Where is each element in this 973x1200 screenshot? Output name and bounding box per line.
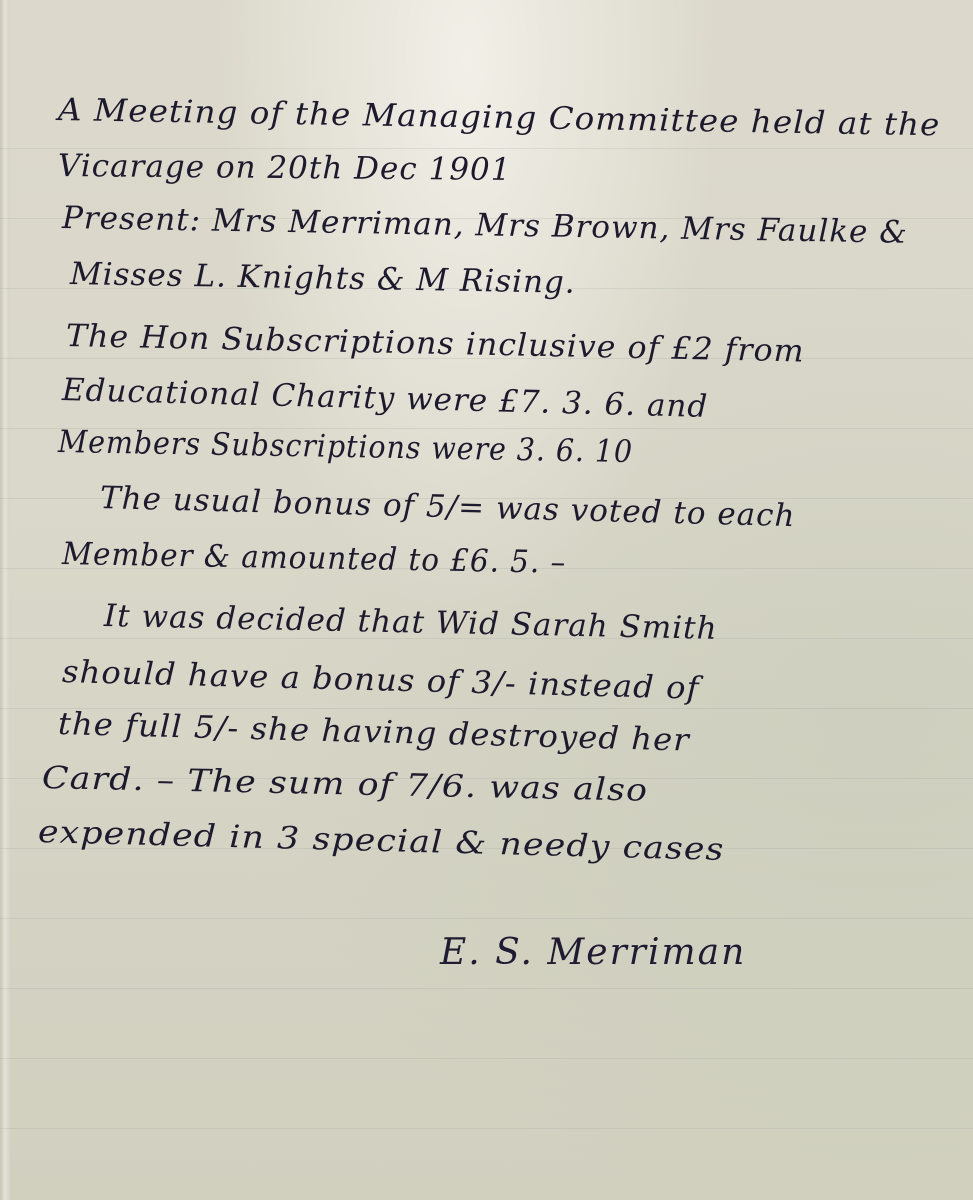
minutes-line-heading: A Meeting of the Managing Committee held…: [58, 92, 941, 143]
minutes-line-decided: It was decided that Wid Sarah Smith: [104, 598, 718, 647]
minutes-line-expended: expended in 3 special & needy cases: [38, 814, 725, 868]
minutes-line-educational-charity: Educational Charity were £7. 3. 6. and: [62, 372, 709, 425]
minute-book-page: A Meeting of the Managing Committee held…: [0, 0, 973, 1200]
ruled-line: [0, 1058, 973, 1059]
minutes-line-misses: Misses L. Knights & M Rising.: [70, 256, 576, 301]
ruled-line: [0, 918, 973, 919]
ruled-line: [0, 988, 973, 989]
minutes-line-members-subscriptions: Members Subscriptions were 3. 6. 10: [58, 424, 634, 470]
minutes-line-hon-subscriptions: The Hon Subscriptions inclusive of £2 fr…: [66, 318, 805, 369]
minutes-line-present: Present: Mrs Merriman, Mrs Brown, Mrs Fa…: [62, 200, 908, 251]
signature: E. S. Merriman: [440, 932, 746, 973]
minutes-line-bonus-instead: should have a bonus of 3/- instead of: [62, 654, 700, 707]
minutes-line-usual-bonus: The usual bonus of 5/= was voted to each: [100, 480, 796, 534]
ruled-line: [0, 1128, 973, 1129]
minutes-line-sum-also: Card. – The sum of 7/6. was also: [42, 760, 649, 809]
minutes-line-date: Vicarage on 20th Dec 1901: [58, 148, 512, 188]
page-edge: [0, 0, 10, 1200]
minutes-line-member-amount: Member & amounted to £6. 5. –: [62, 536, 567, 581]
minutes-line-destroyed-card: the full 5/- she having destroyed her: [58, 706, 691, 759]
